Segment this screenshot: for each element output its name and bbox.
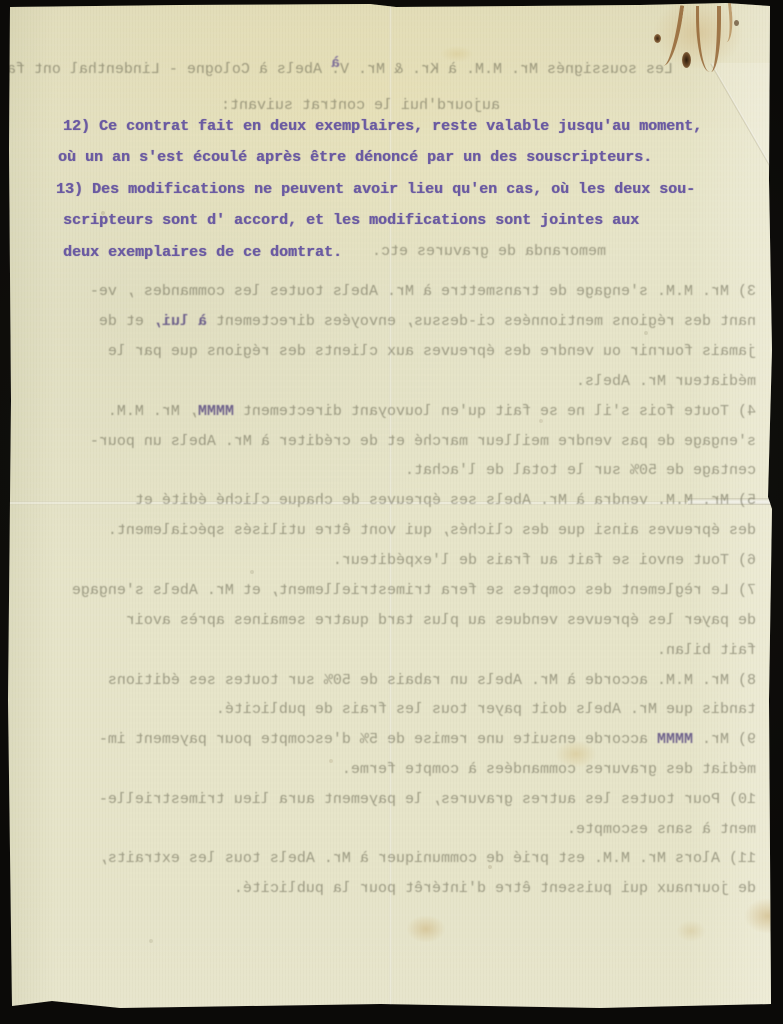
paper-specks	[0, 0, 2, 2]
typed-line: scripteurs sont d' accord, et les modifi…	[63, 211, 639, 230]
typed-line: 13) Des modifications ne peuvent avoir l…	[56, 180, 695, 199]
typed-line: 12) Ce contrat fait en deux exemplaires,…	[63, 117, 702, 136]
typed-text-layer: 12) Ce contrat fait en deux exemplaires,…	[0, 0, 783, 1024]
typed-line: où un an s'est écoulé après être dénoncé…	[58, 148, 652, 167]
document-page: Les soussignés Mr. M.M. à Kr. & Mr. V. A…	[0, 0, 783, 1024]
scan-background: Les soussignés Mr. M.M. à Kr. & Mr. V. A…	[0, 0, 783, 1024]
typed-line: deux exemplaires de ce domtrat.	[63, 243, 342, 262]
